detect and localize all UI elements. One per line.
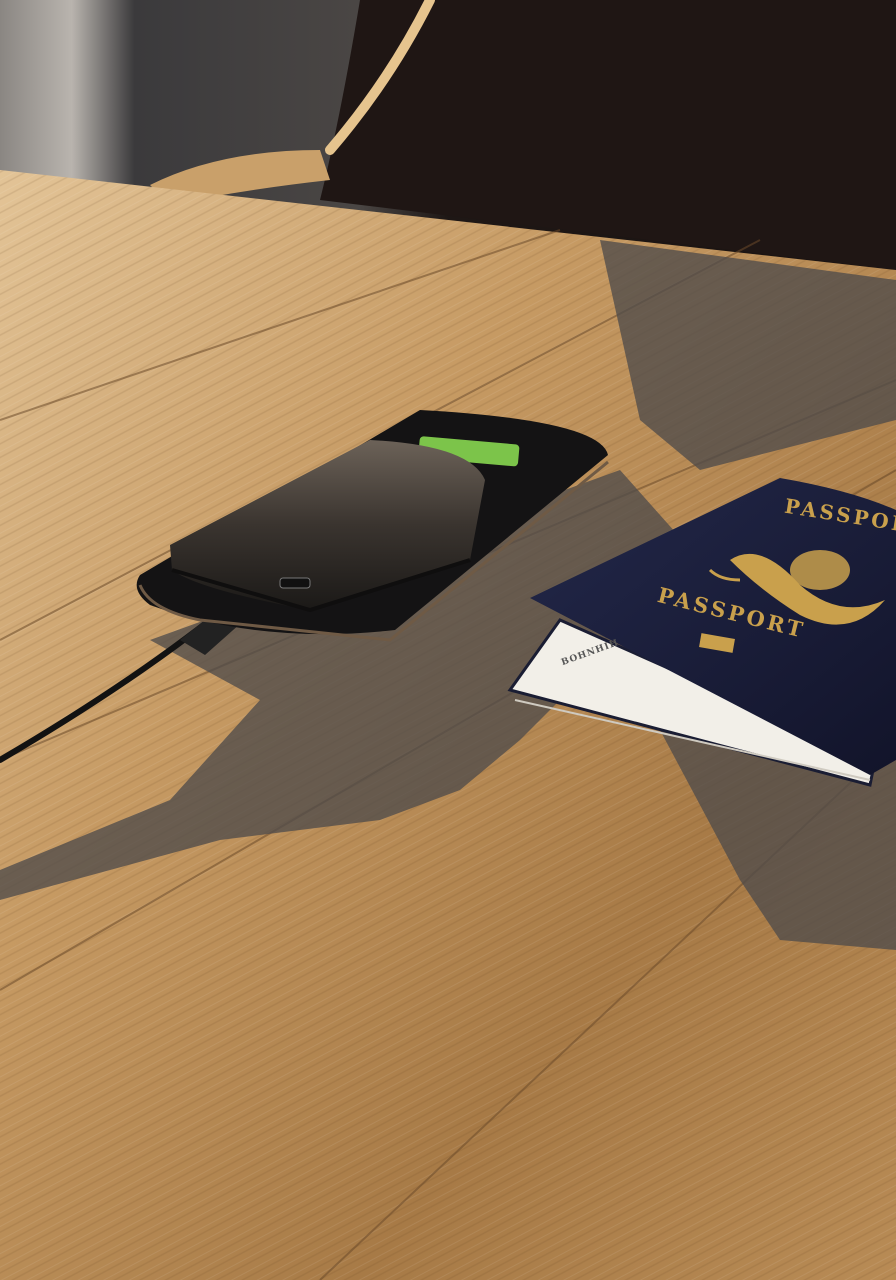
photo-scene: PASSPORT PASSPORT BOHNHIH	[0, 0, 896, 1280]
usb-port	[280, 578, 310, 588]
scene-illustration	[0, 0, 896, 1280]
